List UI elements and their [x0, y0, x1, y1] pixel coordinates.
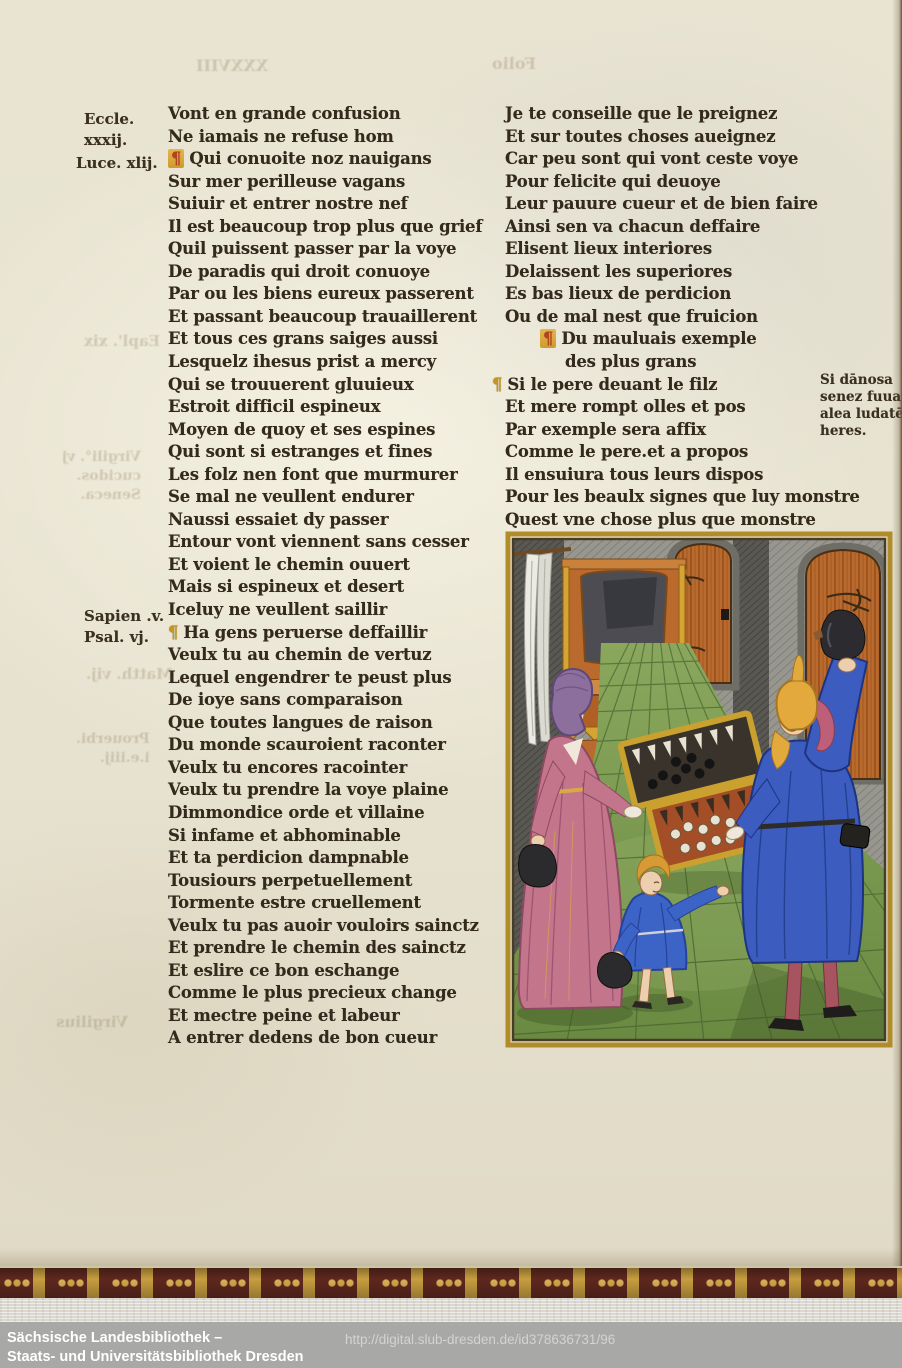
verse-text: des plus grans — [565, 352, 696, 371]
library-name: Sächsische Landesbibliothek – Staats- un… — [7, 1329, 304, 1367]
verse-text: Qui conuoite noz nauigans — [189, 149, 431, 168]
verse-line: Se mal ne veullent endurer — [168, 486, 482, 509]
verse-text: Qui se trouuerent gluuieux — [168, 375, 413, 394]
verse-text: Ne iamais ne refuse hom — [168, 127, 394, 146]
verse-line: Je te conseille que le preignez — [505, 103, 860, 126]
margin-note-line: xxxij. — [84, 130, 134, 151]
margin-note-line: heres. — [820, 423, 902, 440]
verse-text: Leur pauure cueur et de bien faire — [505, 194, 818, 213]
pilcrow-mark: ¶ — [540, 329, 556, 348]
verse-text: Iceluy ne veullent saillir — [168, 600, 387, 619]
pilcrow-mark: ¶ — [168, 149, 184, 168]
verse-text: Delaissent les superiores — [505, 262, 732, 281]
verse-text: Et voient le chemin ouuert — [168, 555, 410, 574]
verse-line: Il est beaucoup trop plus que grief — [168, 216, 482, 239]
verse-text: Et mectre peine et labeur — [168, 1006, 400, 1025]
gilt-binding-edge — [0, 1266, 902, 1300]
margin-note-line: Psal. vj. — [84, 627, 164, 648]
verse-line: Et mectre peine et labeur — [168, 1005, 482, 1028]
verse-text: Naussi essaiet dy passer — [168, 510, 388, 529]
verse-line: Estroit difficil espineux — [168, 396, 482, 419]
margin-note-line: Seneca. — [62, 486, 141, 505]
verse-text: Veulx tu au chemin de vertuz — [168, 645, 431, 664]
margin-note-luce: Luce. xlij. — [76, 153, 158, 174]
verse-text: Par ou les biens eureux passerent — [168, 284, 474, 303]
verse-line: Et voient le chemin ouuert — [168, 554, 482, 577]
verse-text: Qui sont si estranges et fines — [168, 442, 432, 461]
verse-line: Quest vne chose plus que monstre — [505, 509, 860, 532]
verse-line: Par ou les biens eureux passerent — [168, 283, 482, 306]
margin-note-line: Luce. xlij. — [76, 153, 158, 174]
margin-note-line: i.e.iiij. — [76, 749, 150, 768]
verse-line: Veulx tu pas auoir vouloirs sainctz — [168, 915, 482, 938]
verse-line: Car peu sont qui vont ceste voye — [505, 148, 860, 171]
verse-line: Et prendre le chemin des sainctz — [168, 937, 482, 960]
verse-text: Car peu sont qui vont ceste voye — [505, 149, 798, 168]
ghost-margin-note-g-virgil: Virgili°. vjcucidos.Seneca. — [62, 448, 141, 505]
margin-note-line: Si dānosa — [820, 372, 902, 389]
verse-text: Moyen de quoy et ses espines — [168, 420, 435, 439]
verse-text: Es bas lieux de perdicion — [505, 284, 731, 303]
verse-line: des plus grans — [505, 351, 860, 374]
verse-line: Si infame et abhominable — [168, 825, 482, 848]
ghost-folio-word: Folio — [492, 54, 536, 73]
ghost-margin-note-g-matth: Matth. vij. — [86, 664, 173, 685]
margin-note-line: Matth. vij. — [86, 664, 173, 685]
verse-line: Pour felicite qui deuoye — [505, 171, 860, 194]
verse-line: Elisent lieux interiores — [505, 238, 860, 261]
verse-text: A entrer dedens de bon cueur — [168, 1028, 437, 1047]
margin-note-sapien: Sapien .v.Psal. vj. — [84, 606, 164, 648]
verse-column-left: Vont en grande confusionNe iamais ne ref… — [168, 103, 482, 1050]
digitized-manuscript-viewer: XXXVIII Folio Vont en grande confusionNe… — [0, 0, 902, 1368]
verse-line: Quil puissent passer par la voye — [168, 238, 482, 261]
verse-text: Et tous ces grans saiges aussi — [168, 329, 438, 348]
verse-line: Par exemple sera affix — [505, 419, 860, 442]
verse-line: ¶Du mauluais exemple — [505, 328, 860, 351]
pilcrow-mark: ¶ — [168, 622, 178, 645]
ghost-margin-note-g-virgilius: Virgilius — [56, 1012, 128, 1033]
verse-line: Pour les beaulx signes que luy monstre — [505, 486, 860, 509]
verse-text: De paradis qui droit conuoye — [168, 262, 430, 281]
verse-text: Si infame et abhominable — [168, 826, 401, 845]
ghost-margin-note-g-prou: Prouerbi.i.e.iiij. — [76, 730, 150, 768]
verse-line: Ou de mal nest que fruicion — [505, 306, 860, 329]
verse-line: Tousiours perpetuellement — [168, 870, 482, 893]
verse-text: Lequel engendrer te peust plus — [168, 668, 451, 687]
verse-text: Il est beaucoup trop plus que grief — [168, 217, 482, 236]
verse-text: Comme le plus precieux change — [168, 983, 457, 1002]
verse-line: Lesquelz ihesus prist a mercy — [168, 351, 482, 374]
verse-text: Tormente estre cruellement — [168, 893, 421, 912]
verse-text: Et eslire ce bon eschange — [168, 961, 399, 980]
yellow-hood — [777, 680, 818, 730]
verse-line: Et mere rompt olles et pos — [505, 396, 860, 419]
verse-text: Estroit difficil espineux — [168, 397, 380, 416]
verse-text: Mais si espineux et desert — [168, 577, 404, 596]
verse-line: A entrer dedens de bon cueur — [168, 1027, 482, 1050]
verse-line: Veulx tu encores racointer — [168, 757, 482, 780]
verse-line: Comme le pere.et a propos — [505, 441, 860, 464]
margin-note-line: senez fuuar- — [820, 389, 902, 406]
ghost-folio-number: XXXVIII — [196, 56, 268, 75]
margin-note-line: cucidos. — [62, 467, 141, 486]
verse-text: Veulx tu prendre la voye plaine — [168, 780, 448, 799]
verse-line: Ainsi sen va chacun deffaire — [505, 216, 860, 239]
verse-line: Moyen de quoy et ses espines — [168, 419, 482, 442]
verse-text: Veulx tu encores racointer — [168, 758, 407, 777]
verse-text: Je te conseille que le preignez — [505, 104, 777, 123]
verse-line: De ioye sans comparaison — [168, 689, 482, 712]
verse-line: Et passant beaucoup trauaillerent — [168, 306, 482, 329]
pilcrow-mark: ¶ — [492, 374, 502, 397]
verse-text: Quil puissent passer par la voye — [168, 239, 456, 258]
verse-line: Vont en grande confusion — [168, 103, 482, 126]
document-url: http://digital.slub-dresden.de/id3786367… — [345, 1332, 615, 1347]
verse-text: Et sur toutes choses aueignez — [505, 127, 775, 146]
verse-line: Veulx tu au chemin de vertuz — [168, 644, 482, 667]
verse-line: Tormente estre cruellement — [168, 892, 482, 915]
verse-text: Les folz nen font que murmurer — [168, 465, 458, 484]
page-right-edge — [892, 0, 902, 1266]
verse-line: Naussi essaiet dy passer — [168, 509, 482, 532]
verse-line: Veulx tu prendre la voye plaine — [168, 779, 482, 802]
verse-line: Et sur toutes choses aueignez — [505, 126, 860, 149]
verse-line: Delaissent les superiores — [505, 261, 860, 284]
margin-note-latin: Si dānosasenez fuuar-alea ludatēheres. — [820, 372, 902, 440]
margin-note-eccle: Eccle.xxxij. — [84, 109, 134, 151]
verse-text: Elisent lieux interiores — [505, 239, 712, 258]
verse-line: Et eslire ce bon eschange — [168, 960, 482, 983]
verse-line: Mais si espineux et desert — [168, 576, 482, 599]
verse-column-right: Je te conseille que le preignezEt sur to… — [505, 103, 860, 531]
verse-line: Es bas lieux de perdicion — [505, 283, 860, 306]
margin-note-line: Prouerbi. — [76, 730, 150, 749]
verse-line: Il ensuiura tous leurs dispos — [505, 464, 860, 487]
verse-text: Il ensuiura tous leurs dispos — [505, 465, 763, 484]
verse-line: Iceluy ne veullent saillir — [168, 599, 482, 622]
verse-text: Par exemple sera affix — [505, 420, 706, 439]
verse-line: Leur pauure cueur et de bien faire — [505, 193, 860, 216]
verse-line: Du monde scauroient raconter — [168, 734, 482, 757]
verse-line: Sur mer perilleuse vagans — [168, 171, 482, 194]
verse-text: Et mere rompt olles et pos — [505, 397, 745, 416]
miniature-illustration — [505, 531, 893, 1048]
verse-line: Qui se trouuerent gluuieux — [168, 374, 482, 397]
verse-text: Suiuir et entrer nostre nef — [168, 194, 408, 213]
verse-text: Et prendre le chemin des sainctz — [168, 938, 466, 957]
verse-line: ¶Qui conuoite noz nauigans — [168, 148, 482, 171]
verse-text: Sur mer perilleuse vagans — [168, 172, 405, 191]
margin-note-line: Eccle. — [84, 109, 134, 130]
margin-note-line: Eapl'. xix — [84, 331, 160, 352]
library-name-line2: Staats- und Universitätsbibliothek Dresd… — [7, 1348, 304, 1367]
verse-text: Vont en grande confusion — [168, 104, 401, 123]
verse-text: Ainsi sen va chacun deffaire — [505, 217, 760, 236]
verse-line: De paradis qui droit conuoye — [168, 261, 482, 284]
margin-note-line: Virgilius — [56, 1012, 128, 1033]
verse-text: Se mal ne veullent endurer — [168, 487, 414, 506]
page-bottom-shadow — [0, 1248, 902, 1266]
verse-line: Ne iamais ne refuse hom — [168, 126, 482, 149]
verse-text: Ha gens peruerse deffaillir — [183, 623, 427, 642]
verse-text: Pour les beaulx signes que luy monstre — [505, 487, 860, 506]
verse-line: Les folz nen font que murmurer — [168, 464, 482, 487]
verse-text: De ioye sans comparaison — [168, 690, 403, 709]
verse-text: Ou de mal nest que fruicion — [505, 307, 758, 326]
verse-line: ¶Ha gens peruerse deffaillir — [168, 622, 482, 645]
verse-line: Et ta perdicion dampnable — [168, 847, 482, 870]
cloth-support — [0, 1298, 902, 1322]
library-name-line1: Sächsische Landesbibliothek – — [7, 1329, 304, 1348]
belt-pouch — [840, 823, 871, 849]
verse-text: Du monde scauroient raconter — [168, 735, 446, 754]
verse-line: Lequel engendrer te peust plus — [168, 667, 482, 690]
verse-line: Dimmondice orde et villaine — [168, 802, 482, 825]
verse-text: Entour vont viennent sans cesser — [168, 532, 469, 551]
verse-text: Et passant beaucoup trauaillerent — [168, 307, 477, 326]
verse-line: Que toutes langues de raison — [168, 712, 482, 735]
verse-line: Comme le plus precieux change — [168, 982, 482, 1005]
ghost-margin-note-g-capl: Eapl'. xix — [84, 331, 160, 352]
verse-line: Entour vont viennent sans cesser — [168, 531, 482, 554]
verse-line: Qui sont si estranges et fines — [168, 441, 482, 464]
viewer-footer-bar: Sächsische Landesbibliothek – Staats- un… — [0, 1322, 902, 1368]
verse-text: Du mauluais exemple — [561, 329, 756, 348]
verse-line: ¶Si le pere deuant le filz — [492, 374, 860, 397]
margin-note-line: Virgili°. vj — [62, 448, 141, 467]
verse-text: Comme le pere.et a propos — [505, 442, 748, 461]
black-pot — [519, 845, 557, 888]
verse-text: Dimmondice orde et villaine — [168, 803, 424, 822]
verse-text: Veulx tu pas auoir vouloirs sainctz — [168, 916, 479, 935]
verse-text: Que toutes langues de raison — [168, 713, 433, 732]
verse-text: Lesquelz ihesus prist a mercy — [168, 352, 436, 371]
margin-note-line: Sapien .v. — [84, 606, 164, 627]
verse-line: Suiuir et entrer nostre nef — [168, 193, 482, 216]
verse-text: Tousiours perpetuellement — [168, 871, 412, 890]
margin-note-line: alea ludatē — [820, 406, 902, 423]
verse-text: Quest vne chose plus que monstre — [505, 510, 816, 529]
verse-line: Et tous ces grans saiges aussi — [168, 328, 482, 351]
verse-text: Si le pere deuant le filz — [507, 375, 717, 394]
verse-text: Et ta perdicion dampnable — [168, 848, 409, 867]
verse-text: Pour felicite qui deuoye — [505, 172, 721, 191]
